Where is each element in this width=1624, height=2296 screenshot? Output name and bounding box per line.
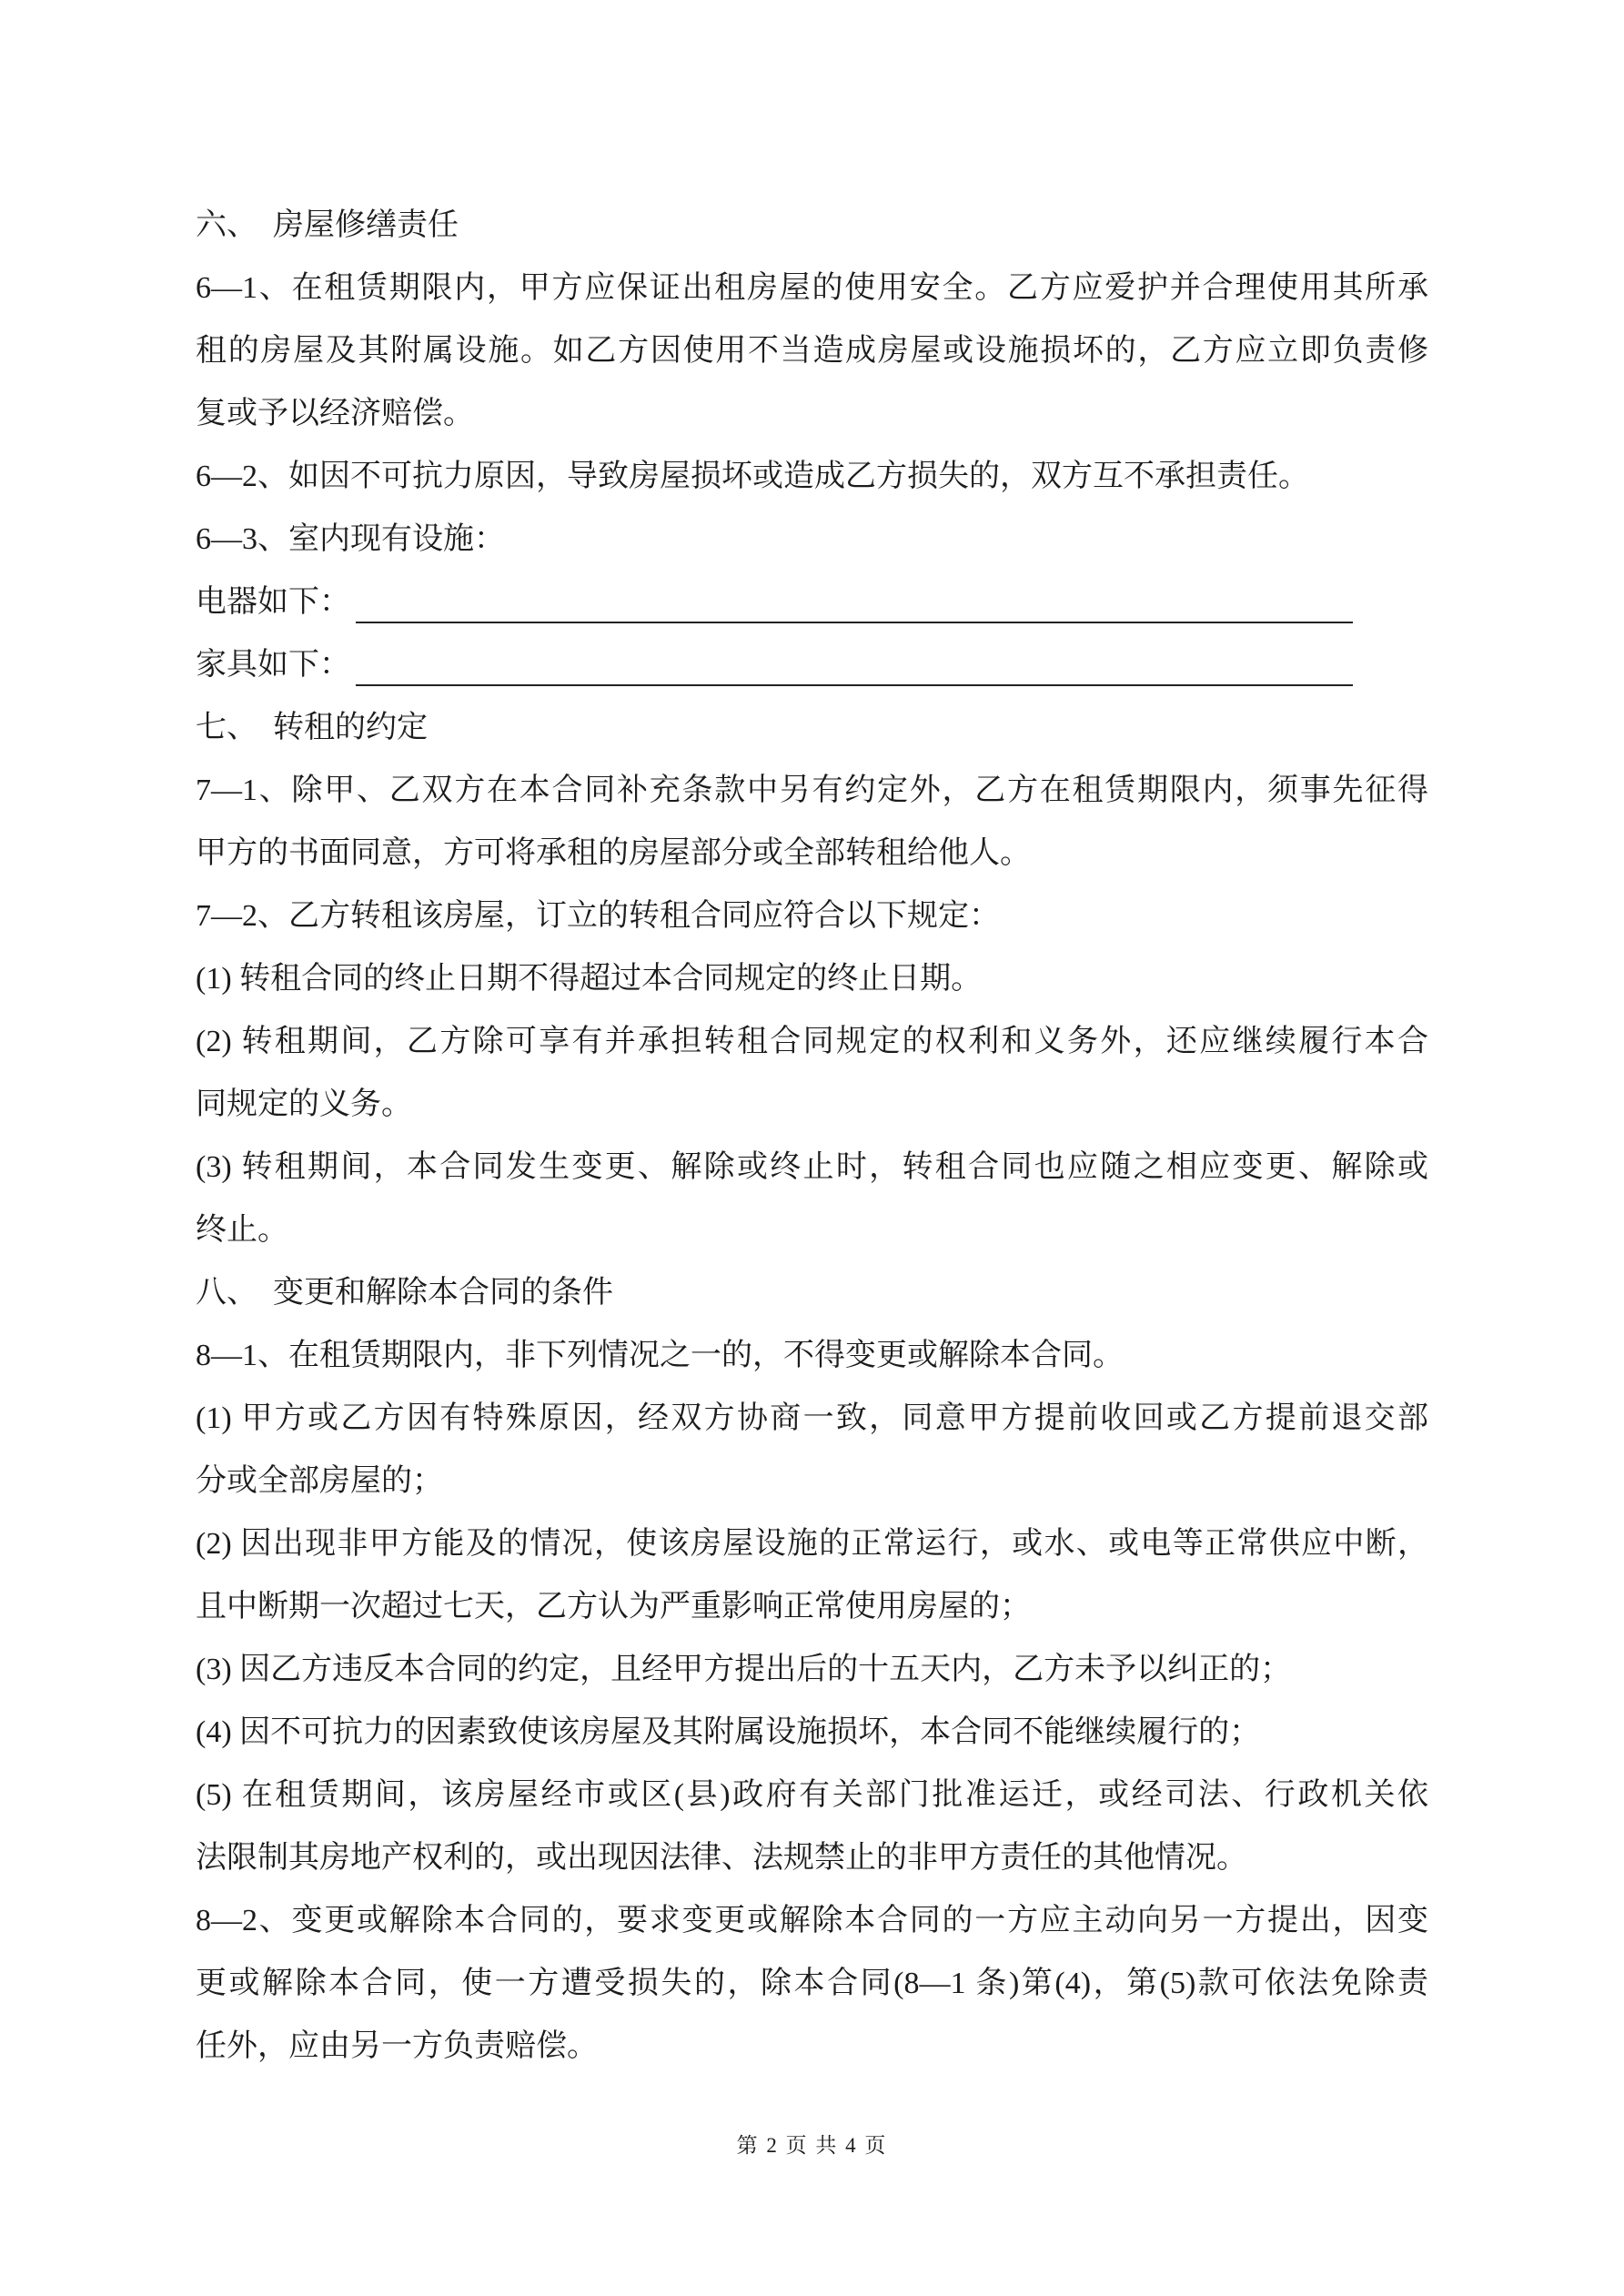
contract-line: 租的房屋及其附属设施。如乙方因使用不当造成房屋或设施损坏的，乙方应立即负责修 [196, 319, 1428, 382]
contract-line: 6—1、在租赁期限内，甲方应保证出租房屋的使用安全。乙方应爱护并合理使用其所承 [196, 257, 1428, 319]
contract-line: (3) 因乙方违反本合同的约定，且经甲方提出后的十五天内，乙方未予以纠正的； [196, 1638, 1428, 1701]
contract-line: (2) 转租期间，乙方除可享有并承担转租合同规定的权利和义务外，还应继续履行本合 [196, 1010, 1428, 1073]
contract-line: 甲方的书面同意，方可将承租的房屋部分或全部转租给他人。 [196, 822, 1428, 885]
contract-line: 任外，应由另一方负责赔偿。 [196, 2015, 1428, 2078]
contract-line: 更或解除本合同，使一方遭受损失的，除本合同(8—1 条)第(4)，第(5)款可依… [196, 1952, 1428, 2015]
contract-line: 复或予以经济赔偿。 [196, 382, 1428, 445]
contract-line: (1) 甲方或乙方因有特殊原因，经双方协商一致，同意甲方提前收回或乙方提前退交部 [196, 1387, 1428, 1450]
contract-line: (5) 在租赁期间，该房屋经市或区(县)政府有关部门批准运迁，或经司法、行政机关… [196, 1764, 1428, 1826]
contract-line: 8—1、在租赁期限内，非下列情况之一的，不得变更或解除本合同。 [196, 1324, 1428, 1387]
contract-line: 同规定的义务。 [196, 1073, 1428, 1136]
blank-underline [356, 571, 1353, 623]
contract-line: (4) 因不可抗力的因素致使该房屋及其附属设施损坏，本合同不能继续履行的； [196, 1701, 1428, 1764]
fill-in-label: 家具如下： [196, 633, 350, 696]
document-page: 六、 房屋修缮责任6—1、在租赁期限内，甲方应保证出租房屋的使用安全。乙方应爱护… [0, 0, 1624, 2296]
section-heading: 八、 变更和解除本合同的条件 [196, 1261, 1428, 1324]
section-heading: 六、 房屋修缮责任 [196, 194, 1428, 257]
contract-line: (3) 转租期间，本合同发生变更、解除或终止时，转租合同也应随之相应变更、解除或 [196, 1136, 1428, 1199]
contract-line: 法限制其房地产权利的，或出现因法律、法规禁止的非甲方责任的其他情况。 [196, 1826, 1428, 1889]
fill-in-label: 电器如下： [196, 571, 350, 633]
contract-body: 六、 房屋修缮责任6—1、在租赁期限内，甲方应保证出租房屋的使用安全。乙方应爱护… [196, 194, 1428, 2078]
fill-in-line: 电器如下： [196, 571, 1428, 633]
section-heading: 七、 转租的约定 [196, 696, 1428, 759]
contract-line: 7—2、乙方转租该房屋，订立的转租合同应符合以下规定： [196, 885, 1428, 947]
contract-line: 终止。 [196, 1199, 1428, 1261]
page-footer: 第 2 页 共 4 页 [196, 2130, 1428, 2161]
contract-line: 6—2、如因不可抗力原因，导致房屋损坏或造成乙方损失的，双方互不承担责任。 [196, 445, 1428, 508]
contract-line: 且中断期一次超过七天，乙方认为严重影响正常使用房屋的； [196, 1575, 1428, 1638]
contract-line: (1) 转租合同的终止日期不得超过本合同规定的终止日期。 [196, 947, 1428, 1010]
fill-in-line: 家具如下： [196, 633, 1428, 696]
contract-line: 8—2、变更或解除本合同的，要求变更或解除本合同的一方应主动向另一方提出，因变 [196, 1889, 1428, 1952]
contract-line: 6—3、室内现有设施： [196, 508, 1428, 571]
contract-line: 分或全部房屋的； [196, 1450, 1428, 1512]
contract-line: (2) 因出现非甲方能及的情况，使该房屋设施的正常运行，或水、或电等正常供应中断… [196, 1512, 1428, 1575]
blank-underline [356, 633, 1353, 686]
contract-line: 7—1、除甲、乙双方在本合同补充条款中另有约定外，乙方在租赁期限内，须事先征得 [196, 759, 1428, 822]
